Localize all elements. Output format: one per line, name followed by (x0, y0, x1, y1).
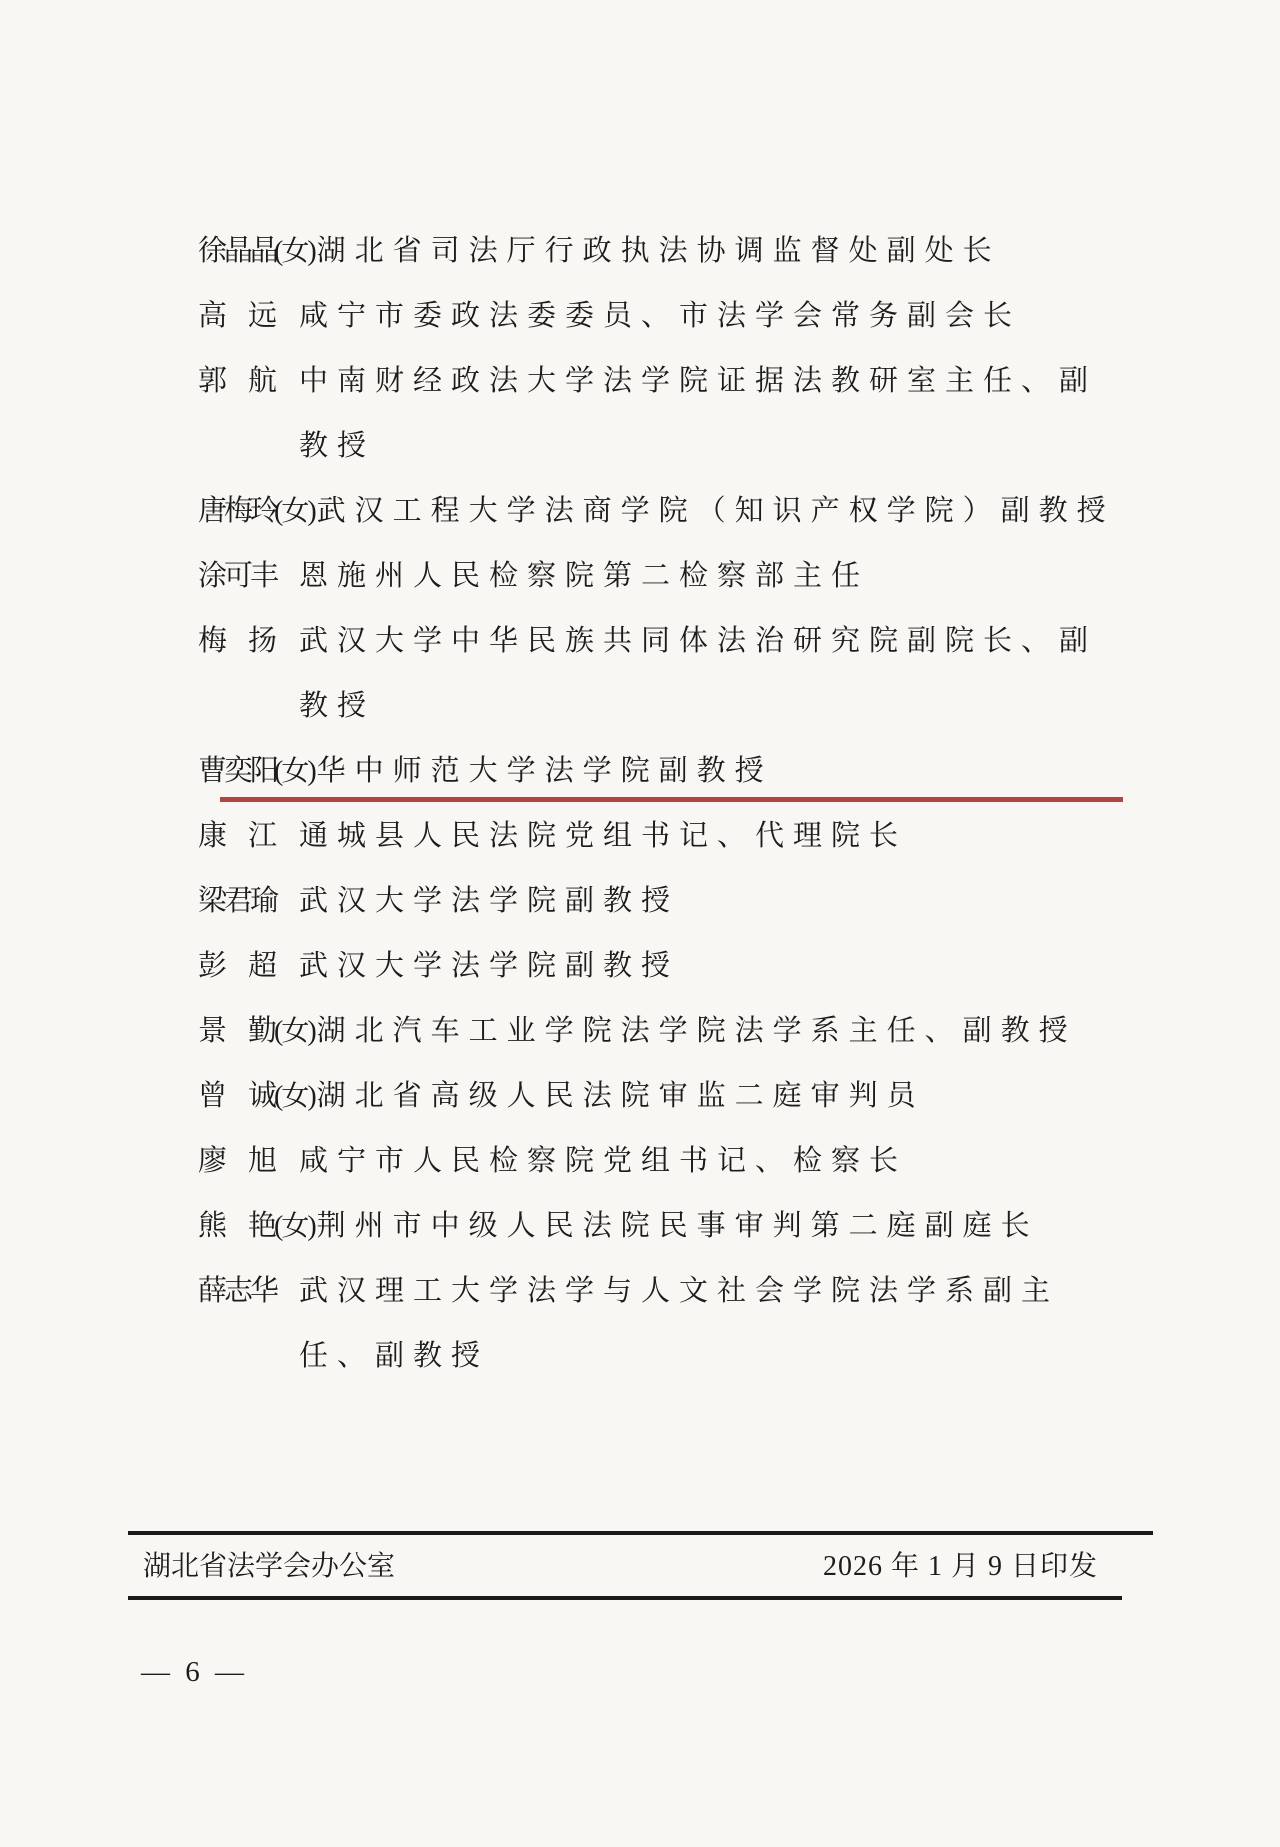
entry-row: 曾诚 (女) 湖北省高级人民法院审监二庭审判员 (198, 1064, 1158, 1129)
entry-row: 高远 咸宁市委政法委委员、市法学会常务副会长 (198, 284, 1158, 349)
position-line: 华中师范大学法学院副教授 (317, 739, 1158, 804)
footer-office: 湖北省法学会办公室 (143, 1549, 395, 1585)
entry-name: 梁君瑜 (198, 869, 274, 934)
entry-row: 徐晶晶 (女) 湖北省司法厅行政执法协调监督处副处长 (198, 219, 1158, 284)
document-page: 徐晶晶 (女) 湖北省司法厅行政执法协调监督处副处长 高远 咸宁市委政法委委员、… (0, 0, 1280, 1847)
entry-position: 咸宁市人民检察院党组书记、检察长 (299, 1129, 1158, 1194)
footer-date: 2026 年 1 月 9 日印发 (823, 1549, 1098, 1585)
female-marker: (女) (274, 1194, 315, 1259)
entry-position: 湖北省高级人民法院审监二庭审判员 (317, 1064, 1158, 1129)
entry-row: 唐梅玲 (女) 武汉工程大学法商学院（知识产权学院）副教授 (198, 479, 1158, 544)
entry-position: 中南财经政法大学法学院证据法教研室主任、副教授 (299, 349, 1158, 479)
female-marker: (女) (274, 999, 315, 1064)
entry-name: 梅扬 (198, 609, 274, 674)
red-underline (220, 797, 1123, 802)
entry-row: 曹奕阳 (女) 华中师范大学法学院副教授 (198, 739, 1158, 804)
entry-name: 高远 (198, 284, 274, 349)
entry-name: 景勤 (198, 999, 274, 1064)
position-line: 武汉理工大学法学与人文社会学院法学系副主 (299, 1259, 1158, 1324)
entries-list: 徐晶晶 (女) 湖北省司法厅行政执法协调监督处副处长 高远 咸宁市委政法委委员、… (198, 219, 1158, 1389)
entry-name: 康江 (198, 804, 274, 869)
page-number: — 6 — (141, 1653, 248, 1691)
position-line: 通城县人民法院党组书记、代理院长 (299, 804, 1158, 869)
position-line: 湖北汽车工业学院法学院法学系主任、副教授 (317, 999, 1158, 1064)
entry-position: 武汉大学中华民族共同体法治研究院副院长、副教授 (299, 609, 1158, 739)
position-line: 湖北省司法厅行政执法协调监督处副处长 (317, 219, 1158, 284)
entry-row: 熊艳 (女) 荆州市中级人民法院民事审判第二庭副庭长 (198, 1194, 1158, 1259)
entry-position: 华中师范大学法学院副教授 (317, 739, 1158, 804)
position-line: 荆州市中级人民法院民事审判第二庭副庭长 (317, 1194, 1158, 1259)
position-line: 咸宁市委政法委委员、市法学会常务副会长 (299, 284, 1158, 349)
position-line: 教授 (299, 674, 1158, 739)
entry-name: 郭航 (198, 349, 274, 414)
entry-row: 涂可丰 恩施州人民检察院第二检察部主任 (198, 544, 1158, 609)
entry-row: 梅扬 武汉大学中华民族共同体法治研究院副院长、副教授 (198, 609, 1158, 739)
entry-name: 曹奕阳 (198, 739, 274, 804)
entry-position: 武汉理工大学法学与人文社会学院法学系副主任、副教授 (299, 1259, 1158, 1389)
entry-row: 廖旭 咸宁市人民检察院党组书记、检察长 (198, 1129, 1158, 1194)
position-line: 恩施州人民检察院第二检察部主任 (299, 544, 1158, 609)
entry-name: 涂可丰 (198, 544, 274, 609)
entry-name: 廖旭 (198, 1129, 274, 1194)
position-line: 任、副教授 (299, 1324, 1158, 1389)
entry-name: 曾诚 (198, 1064, 274, 1129)
position-line: 武汉工程大学法商学院（知识产权学院）副教授 (317, 479, 1158, 544)
entry-row: 康江 通城县人民法院党组书记、代理院长 (198, 804, 1158, 869)
entry-name: 薛志华 (198, 1259, 274, 1324)
position-line: 武汉大学法学院副教授 (299, 869, 1158, 934)
entry-position: 荆州市中级人民法院民事审判第二庭副庭长 (317, 1194, 1158, 1259)
entry-name: 熊艳 (198, 1194, 274, 1259)
entry-position: 湖北省司法厅行政执法协调监督处副处长 (317, 219, 1158, 284)
entry-name: 徐晶晶 (198, 219, 274, 284)
position-line: 武汉大学中华民族共同体法治研究院副院长、副 (299, 609, 1158, 674)
female-marker: (女) (274, 219, 315, 284)
entry-position: 武汉大学法学院副教授 (299, 869, 1158, 934)
female-marker: (女) (274, 739, 315, 804)
entry-row: 郭航 中南财经政法大学法学院证据法教研室主任、副教授 (198, 349, 1158, 479)
entry-name: 唐梅玲 (198, 479, 274, 544)
position-line: 中南财经政法大学法学院证据法教研室主任、副 (299, 349, 1158, 414)
position-line: 教授 (299, 414, 1158, 479)
entry-position: 通城县人民法院党组书记、代理院长 (299, 804, 1158, 869)
entry-row: 景勤 (女) 湖北汽车工业学院法学院法学系主任、副教授 (198, 999, 1158, 1064)
footer-rule-top (128, 1531, 1153, 1535)
entry-row: 彭超 武汉大学法学院副教授 (198, 934, 1158, 999)
entry-row: 薛志华 武汉理工大学法学与人文社会学院法学系副主任、副教授 (198, 1259, 1158, 1389)
female-marker: (女) (274, 479, 315, 544)
entry-name: 彭超 (198, 934, 274, 999)
female-marker: (女) (274, 1064, 315, 1129)
position-line: 武汉大学法学院副教授 (299, 934, 1158, 999)
entry-position: 武汉大学法学院副教授 (299, 934, 1158, 999)
footer-rule-bottom (128, 1596, 1122, 1600)
position-line: 湖北省高级人民法院审监二庭审判员 (317, 1064, 1158, 1129)
entry-position: 恩施州人民检察院第二检察部主任 (299, 544, 1158, 609)
entry-position: 咸宁市委政法委委员、市法学会常务副会长 (299, 284, 1158, 349)
position-line: 咸宁市人民检察院党组书记、检察长 (299, 1129, 1158, 1194)
entry-position: 武汉工程大学法商学院（知识产权学院）副教授 (317, 479, 1158, 544)
entry-row: 梁君瑜 武汉大学法学院副教授 (198, 869, 1158, 934)
entry-position: 湖北汽车工业学院法学院法学系主任、副教授 (317, 999, 1158, 1064)
